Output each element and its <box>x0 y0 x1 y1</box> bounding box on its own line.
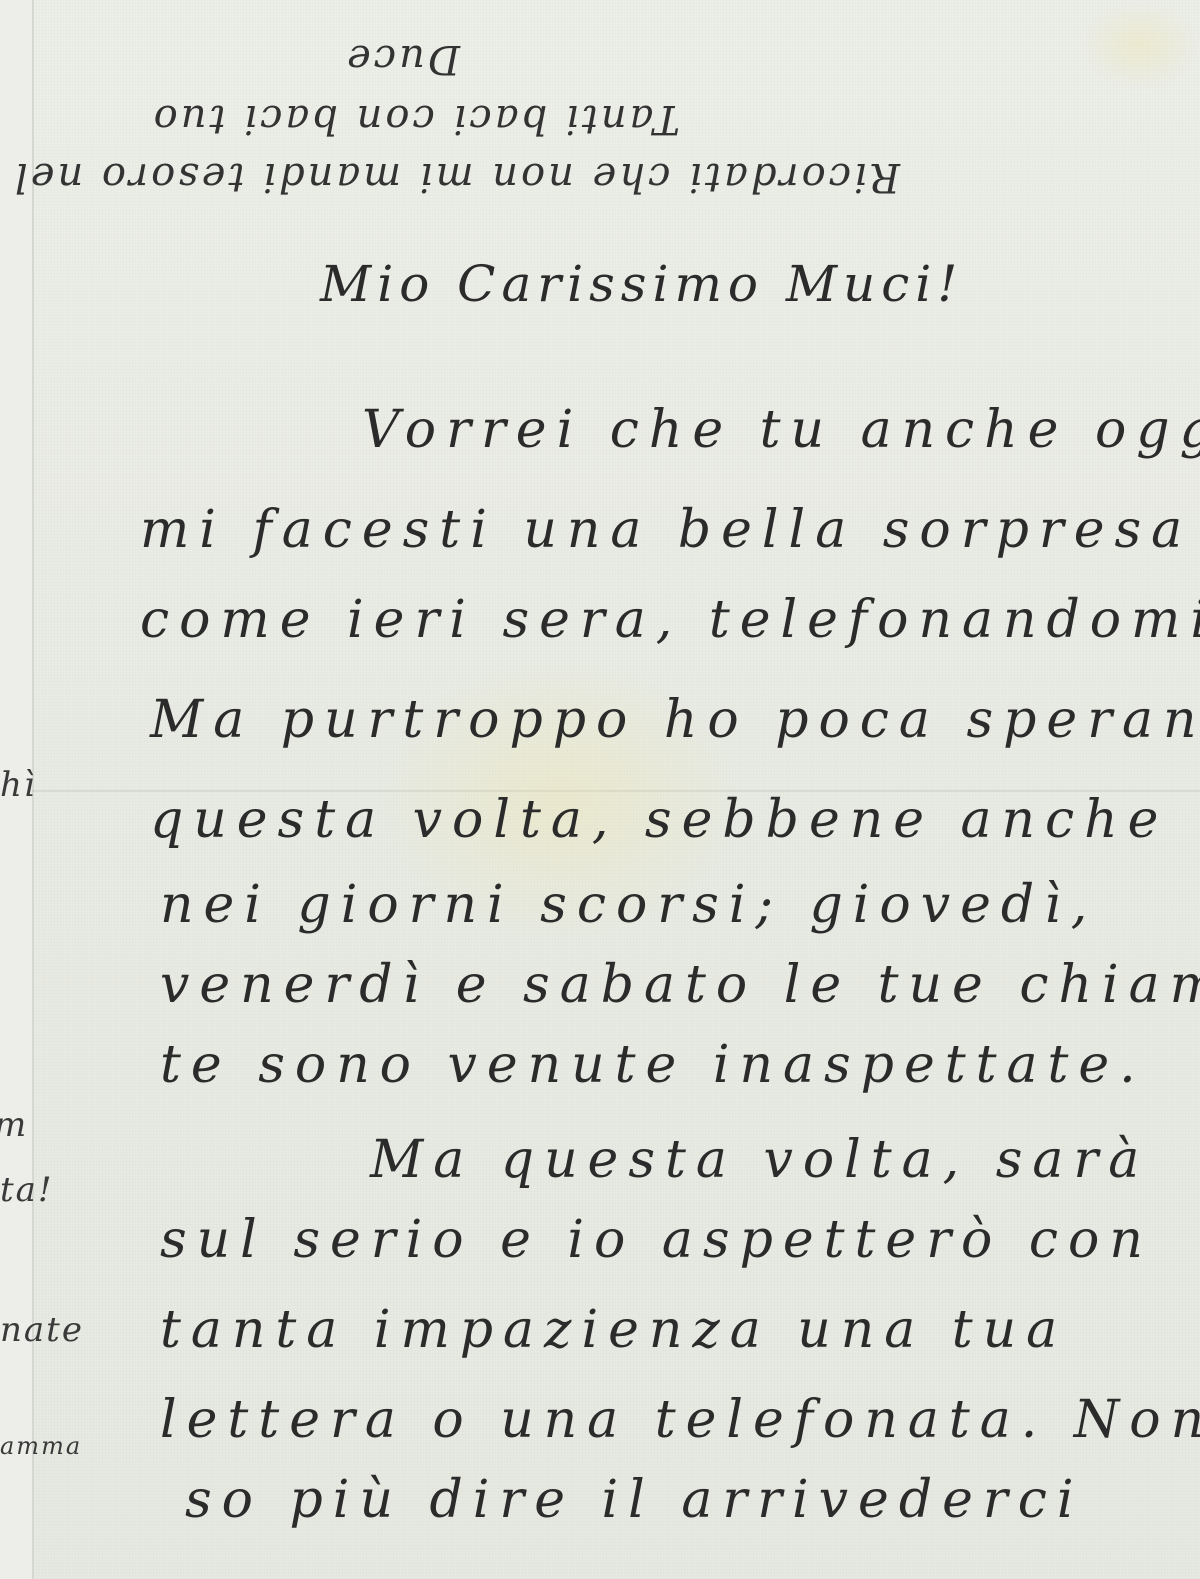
letter-line-13: so più dire il arrivederci <box>185 1470 1084 1530</box>
letter-line-4: Ma purtroppo ho poca speranza <box>150 690 1200 750</box>
letter-line-10: sul serio e io aspetterò con <box>160 1210 1153 1270</box>
letter-line-11: tanta impazienza una tua <box>160 1300 1067 1360</box>
margin-fragment: hì <box>0 765 37 805</box>
margin-fragment: ta! <box>0 1170 54 1210</box>
postscript-line-3: Ricordati che non mi mandi tesoro nel <box>12 154 900 200</box>
letter-line-5: questa volta, sebbene anche <box>150 790 1168 850</box>
postscript-line-2: Tanti baci con baci tuo <box>151 96 680 142</box>
letter-line-2: mi facesti una bella sorpresa <box>140 500 1192 560</box>
margin-fragment: amma <box>0 1432 82 1460</box>
margin-fragment: nate <box>0 1310 84 1350</box>
letter-line-3: come ieri sera, telefonandomi. <box>140 590 1200 650</box>
letter-line-12: lettera o una telefonata. Non <box>160 1390 1200 1450</box>
letter-line-7: venerdì e sabato le tue chiamate <box>160 955 1200 1015</box>
postscript-line-1: Duce <box>344 36 460 82</box>
letter-line-1: Vorrei che tu anche oggi <box>362 400 1200 460</box>
upside-down-postscript: Duce Tanti baci con baci tuo Ricordati c… <box>0 0 1200 230</box>
letter-line-6: nei giorni scorsi; giovedì, <box>160 875 1097 935</box>
letter-line-8: te sono venute inaspettate. <box>160 1035 1146 1095</box>
letter-page: Duce Tanti baci con baci tuo Ricordati c… <box>0 0 1200 1579</box>
letter-salutation: Mio Carissimo Muci! <box>320 255 963 313</box>
margin-fragment: m <box>0 1105 28 1145</box>
letter-line-9: Ma questa volta, sarà <box>370 1130 1149 1190</box>
